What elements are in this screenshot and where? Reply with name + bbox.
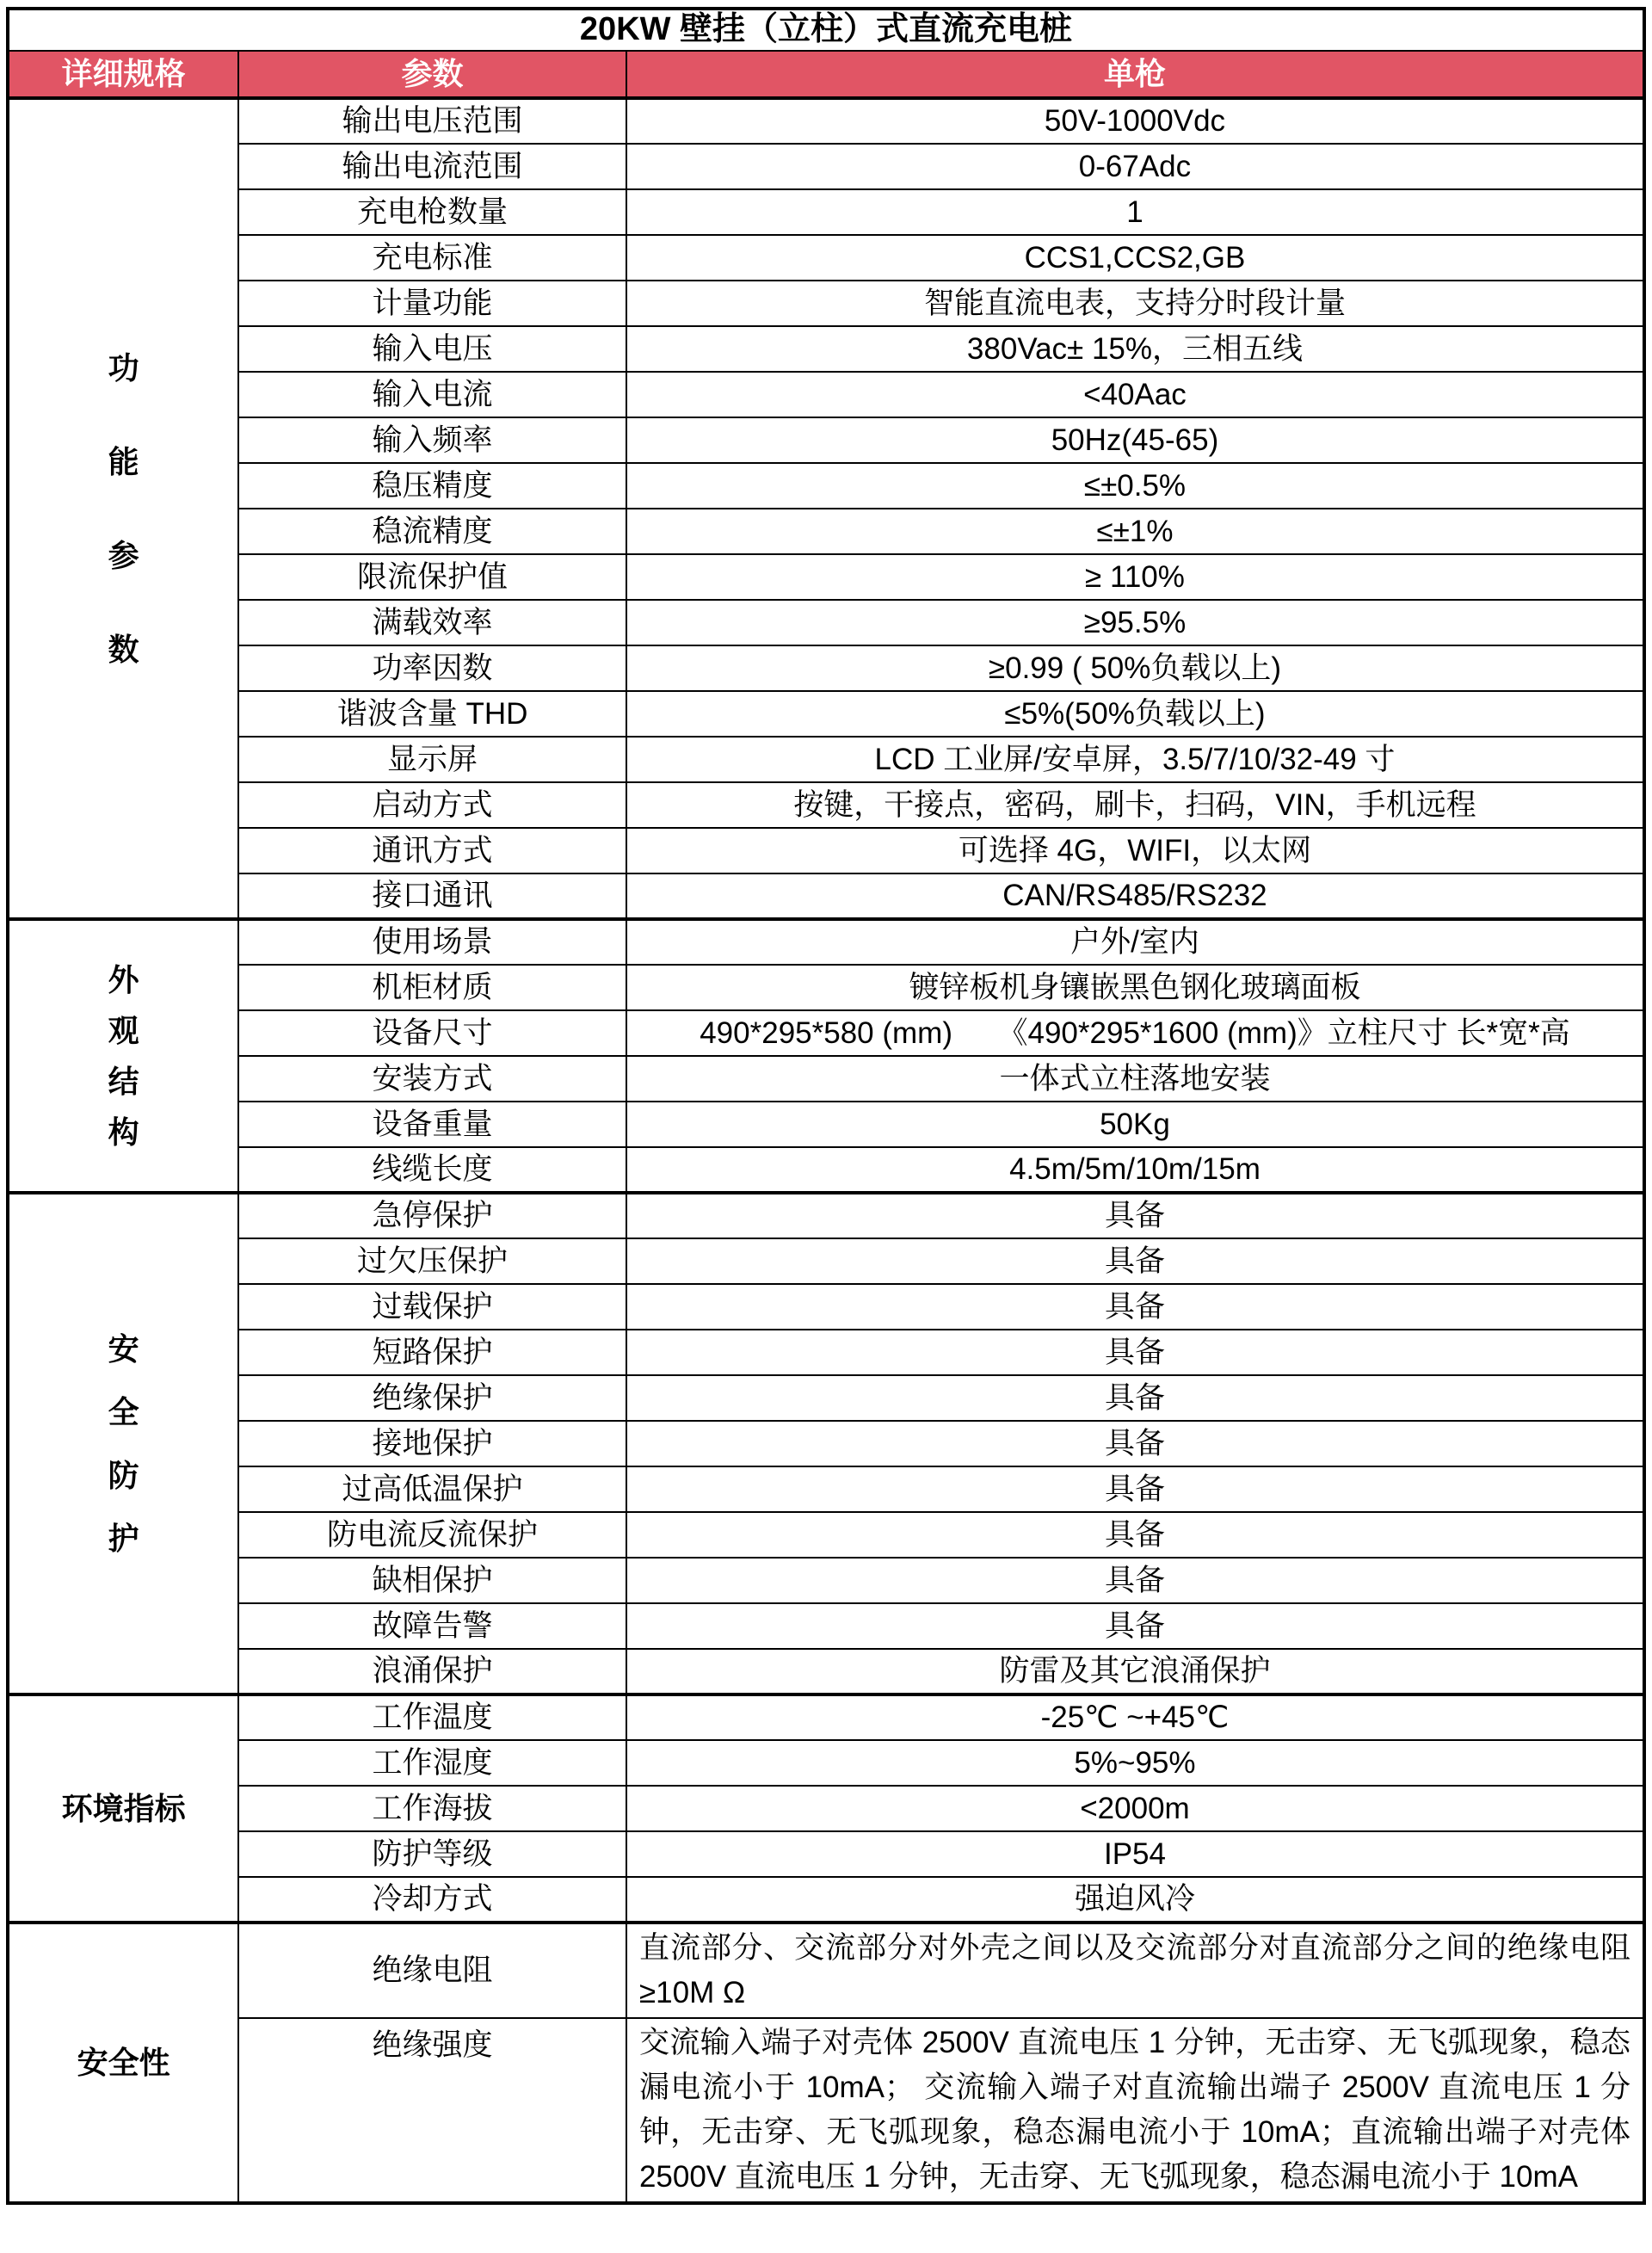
table-row: 显示屏LCD 工业屏/安卓屏，3.5/7/10/32-49 寸 [8, 737, 1644, 782]
table-row: 通讯方式可选择 4G，WIFI，以太网 [8, 828, 1644, 873]
table-row: 输入电流<40Aac [8, 372, 1644, 417]
vertical-label: 安 全 防 护 [18, 1330, 229, 1557]
value-cell: CCS1,CCS2,GB [626, 235, 1644, 281]
param-cell: 线缆长度 [238, 1147, 626, 1193]
table-row: 接口通讯CAN/RS485/RS232 [8, 873, 1644, 919]
value-cell: 具备 [626, 1558, 1644, 1603]
param-cell: 显示屏 [238, 737, 626, 782]
value-cell: 具备 [626, 1512, 1644, 1558]
label-char: 外 [108, 961, 139, 998]
value-cell: 具备 [626, 1284, 1644, 1330]
value-cell: ≥ 110% [626, 554, 1644, 600]
table-row: 冷却方式强迫风冷 [8, 1877, 1644, 1923]
param-cell: 工作海拔 [238, 1786, 626, 1831]
table-row: 防电流反流保护具备 [8, 1512, 1644, 1558]
table-row: 充电标准CCS1,CCS2,GB [8, 235, 1644, 281]
table-row: 接地保护具备 [8, 1421, 1644, 1466]
param-cell: 输入电压 [238, 326, 626, 372]
spec-sheet-page: 20KW 壁挂（立柱）式直流充电桩 详细规格 参数 单枪 功 能 参 数 输出电… [0, 0, 1652, 2253]
param-cell: 限流保护值 [238, 554, 626, 600]
table-row: 外 观 结 构 使用场景 户外/室内 [8, 919, 1644, 965]
value-cell: 50Hz(45-65) [626, 417, 1644, 463]
section-safety-protection: 安 全 防 护 急停保护 具备 过欠压保护具备 过载保护具备 短路保护具备 绝缘… [8, 1193, 1644, 1694]
param-cell: 接口通讯 [238, 873, 626, 919]
spec-table: 20KW 壁挂（立柱）式直流充电桩 详细规格 参数 单枪 功 能 参 数 输出电… [6, 7, 1646, 2205]
table-row: 计量功能智能直流电表，支持分时段计量 [8, 281, 1644, 326]
value-cell: 智能直流电表，支持分时段计量 [626, 281, 1644, 326]
value-cell: 50V-1000Vdc [626, 98, 1644, 144]
header-cell-single-gun: 单枪 [626, 51, 1644, 98]
table-header-row: 详细规格 参数 单枪 [8, 51, 1644, 98]
value-cell: -25℃ ~+45℃ [626, 1694, 1644, 1740]
param-cell: 设备重量 [238, 1102, 626, 1147]
param-cell: 过载保护 [238, 1284, 626, 1330]
param-cell: 急停保护 [238, 1193, 626, 1238]
value-cell: 一体式立柱落地安装 [626, 1056, 1644, 1102]
section-appearance-structure: 外 观 结 构 使用场景 户外/室内 机柜材质镀锌板机身镶嵌黑色钢化玻璃面板 设… [8, 919, 1644, 1193]
table-row: 绝缘保护具备 [8, 1375, 1644, 1421]
table-row: 安装方式一体式立柱落地安装 [8, 1056, 1644, 1102]
value-cell: 具备 [626, 1238, 1644, 1284]
value-cell: 户外/室内 [626, 919, 1644, 965]
param-cell: 机柜材质 [238, 965, 626, 1010]
section-safety: 安全性 绝缘电阻 直流部分、交流部分对外壳之间以及交流部分对直流部分之间的绝缘电… [8, 1923, 1644, 2203]
value-cell: ≥0.99 ( 50%负载以上) [626, 645, 1644, 691]
param-cell: 充电枪数量 [238, 189, 626, 235]
value-cell: 具备 [626, 1375, 1644, 1421]
table-row: 功率因数≥0.99 ( 50%负载以上) [8, 645, 1644, 691]
label-char: 能 [108, 443, 139, 480]
label-char: 安 [108, 1330, 139, 1367]
label-char: 参 [108, 537, 139, 574]
value-cell: 4.5m/5m/10m/15m [626, 1147, 1644, 1193]
value-cell: 5%~95% [626, 1740, 1644, 1786]
value-cell: 镀锌板机身镶嵌黑色钢化玻璃面板 [626, 965, 1644, 1010]
table-row: 启动方式按键，干接点，密码，刷卡，扫码，VIN，手机远程 [8, 782, 1644, 828]
param-cell: 防护等级 [238, 1831, 626, 1877]
param-cell: 输入频率 [238, 417, 626, 463]
value-cell: ≥95.5% [626, 600, 1644, 645]
section-label-safety: 安全性 [8, 1923, 238, 2203]
param-cell: 冷却方式 [238, 1877, 626, 1923]
param-cell: 接地保护 [238, 1421, 626, 1466]
param-cell: 过高低温保护 [238, 1466, 626, 1512]
table-row: 设备重量50Kg [8, 1102, 1644, 1147]
param-cell: 启动方式 [238, 782, 626, 828]
table-row: 谐波含量 THD≤5%(50%负载以上) [8, 691, 1644, 737]
value-cell: 具备 [626, 1466, 1644, 1512]
table-row: 充电枪数量1 [8, 189, 1644, 235]
value-cell: 380Vac± 15%，三相五线 [626, 326, 1644, 372]
value-cell: 可选择 4G，WIFI，以太网 [626, 828, 1644, 873]
param-cell: 满载效率 [238, 600, 626, 645]
param-cell: 谐波含量 THD [238, 691, 626, 737]
value-cell: 具备 [626, 1421, 1644, 1466]
table-row: 过欠压保护具备 [8, 1238, 1644, 1284]
value-cell: 强迫风冷 [626, 1877, 1644, 1923]
label-char: 防 [108, 1457, 139, 1494]
param-cell: 浪涌保护 [238, 1649, 626, 1694]
header-cell-spec: 详细规格 [8, 51, 238, 98]
param-cell: 充电标准 [238, 235, 626, 281]
value-cell: ≤±0.5% [626, 463, 1644, 509]
table-row: 设备尺寸490*295*580 (mm) 《490*295*1600 (mm)》… [8, 1010, 1644, 1056]
label-char: 全 [108, 1393, 139, 1430]
section-functional-params: 功 能 参 数 输出电压范围 50V-1000Vdc 输出电流范围0-67Adc… [8, 98, 1644, 919]
table-row: 防护等级IP54 [8, 1831, 1644, 1877]
table-title-row: 20KW 壁挂（立柱）式直流充电桩 [8, 9, 1644, 51]
value-cell: IP54 [626, 1831, 1644, 1877]
value-cell: <2000m [626, 1786, 1644, 1831]
param-cell: 绝缘电阻 [238, 1923, 626, 2018]
param-cell: 设备尺寸 [238, 1010, 626, 1056]
param-cell: 计量功能 [238, 281, 626, 326]
param-cell: 绝缘强度 [238, 2018, 626, 2203]
table-row: 满载效率≥95.5% [8, 600, 1644, 645]
table-row: 安 全 防 护 急停保护 具备 [8, 1193, 1644, 1238]
value-cell: 按键，干接点，密码，刷卡，扫码，VIN，手机远程 [626, 782, 1644, 828]
table-row: 短路保护具备 [8, 1330, 1644, 1375]
value-cell: ≤±1% [626, 509, 1644, 554]
value-cell: 具备 [626, 1330, 1644, 1375]
vertical-label: 功 能 参 数 [18, 349, 229, 669]
table-row: 绝缘强度 交流输入端子对壳体 2500V 直流电压 1 分钟，无击穿、无飞弧现象… [8, 2018, 1644, 2203]
param-cell: 输出电流范围 [238, 144, 626, 189]
param-cell: 通讯方式 [238, 828, 626, 873]
section-environment-index: 环境指标 工作温度 -25℃ ~+45℃ 工作湿度5%~95% 工作海拔<200… [8, 1694, 1644, 1923]
table-row: 过高低温保护具备 [8, 1466, 1644, 1512]
value-cell: 50Kg [626, 1102, 1644, 1147]
param-cell: 安装方式 [238, 1056, 626, 1102]
table-row: 稳压精度≤±0.5% [8, 463, 1644, 509]
param-cell: 过欠压保护 [238, 1238, 626, 1284]
label-char: 构 [108, 1114, 139, 1151]
param-cell: 工作湿度 [238, 1740, 626, 1786]
value-cell: 0-67Adc [626, 144, 1644, 189]
label-char: 功 [108, 349, 139, 386]
value-cell: 490*295*580 (mm) 《490*295*1600 (mm)》立柱尺寸… [626, 1010, 1644, 1056]
param-cell: 稳流精度 [238, 509, 626, 554]
table-row: 浪涌保护防雷及其它浪涌保护 [8, 1649, 1644, 1694]
value-cell: 1 [626, 189, 1644, 235]
param-cell: 故障告警 [238, 1603, 626, 1649]
header-cell-param: 参数 [238, 51, 626, 98]
param-cell: 缺相保护 [238, 1558, 626, 1603]
value-cell: 防雷及其它浪涌保护 [626, 1649, 1644, 1694]
value-cell: 具备 [626, 1603, 1644, 1649]
table-row: 过载保护具备 [8, 1284, 1644, 1330]
table-row: 功 能 参 数 输出电压范围 50V-1000Vdc [8, 98, 1644, 144]
label-char: 护 [108, 1520, 139, 1557]
table-row: 安全性 绝缘电阻 直流部分、交流部分对外壳之间以及交流部分对直流部分之间的绝缘电… [8, 1923, 1644, 2018]
table-row: 工作海拔<2000m [8, 1786, 1644, 1831]
label-char: 数 [108, 631, 139, 668]
param-cell: 稳压精度 [238, 463, 626, 509]
value-cell: ≤5%(50%负载以上) [626, 691, 1644, 737]
table-row: 输入频率50Hz(45-65) [8, 417, 1644, 463]
param-cell: 防电流反流保护 [238, 1512, 626, 1558]
param-cell: 输入电流 [238, 372, 626, 417]
value-cell: 直流部分、交流部分对外壳之间以及交流部分对直流部分之间的绝缘电阻≥10M Ω [626, 1923, 1644, 2018]
table-row: 缺相保护具备 [8, 1558, 1644, 1603]
value-cell: CAN/RS485/RS232 [626, 873, 1644, 919]
table-row: 稳流精度≤±1% [8, 509, 1644, 554]
table-row: 输出电流范围0-67Adc [8, 144, 1644, 189]
table-row: 故障告警具备 [8, 1603, 1644, 1649]
param-cell: 使用场景 [238, 919, 626, 965]
section-label-safety-protection: 安 全 防 护 [8, 1193, 238, 1694]
section-label-appearance-structure: 外 观 结 构 [8, 919, 238, 1193]
table-row: 机柜材质镀锌板机身镶嵌黑色钢化玻璃面板 [8, 965, 1644, 1010]
label-char: 结 [108, 1063, 139, 1100]
param-cell: 工作温度 [238, 1694, 626, 1740]
param-cell: 输出电压范围 [238, 98, 626, 144]
vertical-label: 外 观 结 构 [18, 961, 229, 1151]
table-row: 工作湿度5%~95% [8, 1740, 1644, 1786]
value-cell: <40Aac [626, 372, 1644, 417]
value-cell: 具备 [626, 1193, 1644, 1238]
table-row: 限流保护值≥ 110% [8, 554, 1644, 600]
table-row: 环境指标 工作温度 -25℃ ~+45℃ [8, 1694, 1644, 1740]
value-cell: LCD 工业屏/安卓屏，3.5/7/10/32-49 寸 [626, 737, 1644, 782]
section-label-environment-index: 环境指标 [8, 1694, 238, 1923]
value-cell: 交流输入端子对壳体 2500V 直流电压 1 分钟，无击穿、无飞弧现象，稳态漏电… [626, 2018, 1644, 2203]
label-char: 观 [108, 1012, 139, 1049]
param-cell: 绝缘保护 [238, 1375, 626, 1421]
param-cell: 短路保护 [238, 1330, 626, 1375]
param-cell: 功率因数 [238, 645, 626, 691]
section-label-functional-params: 功 能 参 数 [8, 98, 238, 919]
page-title: 20KW 壁挂（立柱）式直流充电桩 [8, 9, 1644, 51]
table-row: 输入电压380Vac± 15%，三相五线 [8, 326, 1644, 372]
table-row: 线缆长度4.5m/5m/10m/15m [8, 1147, 1644, 1193]
